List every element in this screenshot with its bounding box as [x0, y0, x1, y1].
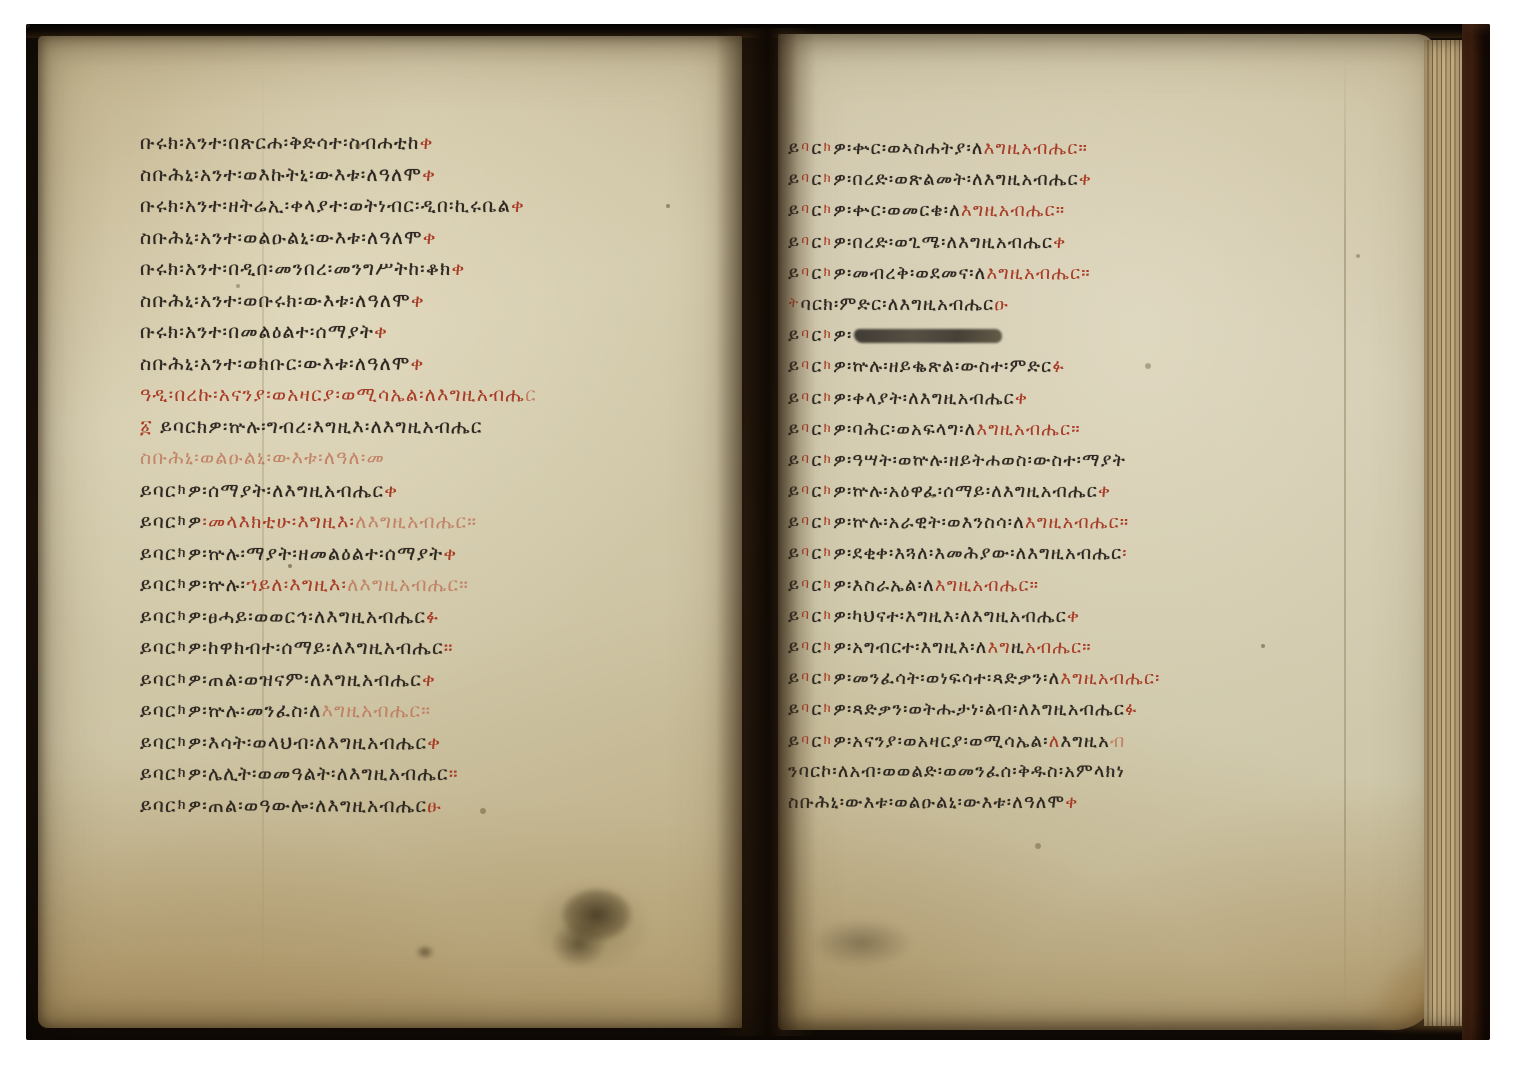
- text-line: ቡሩክ፡አንተ፡በዲበ፡መንበረ፡መንግሥትከ፡ቆክቀ: [140, 254, 752, 286]
- text-run-red: ቀ: [511, 195, 525, 217]
- text-line: ይባርክዎ፡ኵሉ፡ዘይቈጽል፡ውስተ፡ምድርፉ: [788, 350, 1428, 381]
- text-run-black: ዎ፡ጠል፡ወዓውሎ፡ለእግዚአብሔር: [188, 795, 427, 817]
- text-run-black: ይባር: [140, 732, 177, 754]
- text-run-black: ክ: [177, 608, 188, 624]
- text-run-red: እግ: [987, 637, 1011, 658]
- text-run-black: ንባርኮ፡ለአብ፡ወወልድ፡ወመንፈሰ፡ቅዱስ፡አምላክነ: [788, 761, 1125, 782]
- text-run-red: ክ: [822, 544, 833, 560]
- text-run-black: ዎ፡እሳት፡ወላህብ፡ለእግዚአብሔር: [188, 732, 428, 754]
- text-line: ይባርክዎ፡ደቂቀ፡እጓለ፡እመሕያው፡ለእግዚአብሔር፡: [788, 537, 1428, 568]
- text-run-black: ዎ፡ካህናተ፡እግዚእ፡ለእግዚአብሔር: [833, 606, 1067, 627]
- text-run-black: ክ: [177, 576, 188, 592]
- text-line: ስቡሕኒ፡አንተ፡ወልዑልኒ፡ውእቱ፡ለዓለሞቀ: [140, 223, 752, 255]
- text-line: ይባርክዎ፡ጠል፡ወዓውሎ፡ለእግዚአብሔርፁ: [140, 790, 752, 822]
- text-run-red: ኀይለ፡እግዚእ፡: [246, 574, 347, 596]
- text-line: ይባርክዎ፡በረድ፡ወጊሜ፡ለእግዚአብሔርቀ: [788, 226, 1428, 257]
- text-run-red: ዑ: [994, 294, 1009, 315]
- text-line: ይባርክዎ፡ካህናተ፡እግዚእ፡ለእግዚአብሔርቀ: [788, 600, 1428, 631]
- text-run-red: ቀ: [1015, 388, 1028, 409]
- text-run-red: ቀ: [411, 353, 425, 375]
- text-run-red: ቀ: [420, 132, 434, 154]
- text-line: ይባርክዎ፡: [788, 319, 1428, 350]
- text-run-red: ቀ: [1067, 606, 1080, 627]
- text-run-black: ዎ፡ጠል፡ወዝናም፡ለእግዚአብሔር: [188, 669, 422, 691]
- text-line: ቡሩክ፡አንተ፡በጽርሐ፡ቅድሳተ፡ስብሐቲከቀ: [140, 128, 752, 160]
- text-run-red: ክ: [822, 638, 833, 654]
- text-run-red: ቀ: [443, 543, 457, 565]
- text-line: ስቡሕኒ፡ወልዑልኒ፡ውእቱ፡ለዓለ፡መ: [140, 443, 752, 475]
- text-run-black: ዎ፡ቀላያት፡ለእግዚአብሔር: [833, 388, 1015, 409]
- text-run-black: ባርክ፡ምድር፡ለእግዚአብሔር: [800, 294, 994, 315]
- text-run-red: እግዚአብሔር።: [935, 575, 1039, 596]
- manuscript-photo: ይባርክዎ፡ቍር፡ወኣስሐትያ፡ለእግዚአብሔር።ይባርክዎ፡በረድ፡ወጽልመት…: [26, 24, 1490, 1040]
- text-run-red: ስቡሕኒ፡ወልዑልኒ፡ውእቱ፡ለዓለ፡መ: [140, 447, 385, 469]
- text-line: ንባርኮ፡ለአብ፡ወወልድ፡ወመንፈሰ፡ቅዱስ፡አምላክነ: [788, 756, 1428, 787]
- text-run-red: ዓዲ፡በረኩ፡አናንያ፡ወአዛርያ፡ወሚሳኤል፡ለእግዚአብሔ: [140, 384, 525, 406]
- text-run-red: አብሔር።: [1025, 637, 1092, 658]
- text-run-red: ክ: [822, 576, 833, 592]
- text-run-red: ብ: [1110, 731, 1126, 752]
- text-run-red: ፁ: [427, 795, 442, 817]
- text-run-red: እግዚአብሔር።: [976, 419, 1080, 440]
- text-run-black: ክ: [177, 671, 188, 687]
- text-run-black: ዎ፡ኵሉ፡ዘይቈጽል፡ውስተ፡ምድር: [833, 356, 1052, 377]
- text-run-red: ክ: [822, 607, 833, 623]
- text-run-red: እግዚአብሔር።: [322, 700, 432, 722]
- text-run-black: ዎ፡በረድ፡ወጊሜ፡ለእግዚአብሔር: [833, 232, 1053, 253]
- text-line: ቡሩክ፡አንተ፡በመልዕልተ፡ሰማያትቀ: [140, 317, 752, 349]
- text-run-black: ስቡሕኒ፡ውእቱ፡ወልዑልኒ፡ውእቱ፡ለዓለሞ: [788, 792, 1065, 813]
- text-run-black: ዚ: [1011, 637, 1025, 658]
- text-run-red: ክ: [822, 389, 833, 405]
- text-run-red: እግዚአብሔር።: [986, 263, 1090, 284]
- text-run-black: ዎ፡ቍር፡ወመርቄ፡ለ: [833, 200, 961, 221]
- text-line: ይባርክዎ፡ዓሣት፡ወኵሉ፡ዘይትሐወስ፡ውስተ፡ማያት: [788, 444, 1428, 475]
- text-run-black: ዎ፡ቍር፡ወኣስሐትያ፡ለ: [833, 138, 984, 159]
- text-line: ስቡሕኒ፡አንተ፡ወእኩትኒ፡ውእቱ፡ለዓለሞቀ: [140, 160, 752, 192]
- text-line: ይባርክዎ፡ባሕር፡ወአፍላግ፡ለእግዚአብሔር።: [788, 413, 1428, 444]
- text-run-red: ፉ: [1052, 356, 1065, 377]
- text-run-black: ስቡሕኒ፡አንተ፡ወልዑልኒ፡ውእቱ፡ለዓለሞ: [140, 227, 423, 249]
- text-run-red: ክ: [822, 700, 833, 716]
- text-line: ዓዲ፡በረኩ፡አናንያ፡ወአዛርያ፡ወሚሳኤል፡ለእግዚአብሔር: [140, 380, 752, 412]
- text-run-red: ቀ: [423, 227, 437, 249]
- ink-smudge: [854, 329, 1002, 343]
- text-run-black: ይባርክዎ፡ኵሉ፡ግብረ፡እግዚእ፡ለእግዚአብሔር: [160, 416, 482, 438]
- text-line: ፩ ይባርክዎ፡ኵሉ፡ግብረ፡እግዚእ፡ለእግዚአብሔር: [140, 412, 752, 444]
- text-line: ይባርክዎ፡ቍር፡ወመርቄ፡ለእግዚአብሔር።: [788, 194, 1428, 225]
- right-page-text-block: ይባርክዎ፡ቍር፡ወኣስሐትያ፡ለእግዚአብሔር።ይባርክዎ፡በረድ፡ወጽልመት…: [788, 132, 1428, 818]
- text-run-black: ዎ፡ኵሉ፡ማያት፡ዘመልዕልተ፡ሰማያት: [188, 543, 444, 565]
- text-line: ይባርክዎ፡ኵሉ፡አራዊት፡ወእንስሳ፡ለእግዚአብሔር።: [788, 506, 1428, 537]
- text-run-black: ክ: [177, 513, 188, 529]
- text-run-black: ክ: [177, 639, 188, 655]
- text-run-red: እግዚአብሔር።: [1025, 512, 1129, 533]
- text-run-red: ክ: [822, 139, 833, 155]
- text-run-black: ይባር: [140, 480, 177, 502]
- text-run-red: ክ: [822, 201, 833, 217]
- left-page-text-block: ቡሩክ፡አንተ፡በጽርሐ፡ቅድሳተ፡ስብሐቲከቀስቡሕኒ፡አንተ፡ወእኩትኒ፡ው…: [140, 128, 752, 821]
- text-run-red: ክ: [822, 732, 833, 748]
- text-run-red: ቀ: [422, 669, 436, 691]
- text-run-black: ዎ፡ደቂቀ፡እጓለ፡እመሕያው፡ለእግዚአብሔር: [833, 543, 1122, 564]
- text-run-black: ክ: [177, 734, 188, 750]
- binding-gutter: [716, 28, 816, 1036]
- text-run-red: ቀ: [427, 732, 441, 754]
- text-line: ስቡሕኒ፡ውእቱ፡ወልዑልኒ፡ውእቱ፡ለዓለሞቀ: [788, 787, 1428, 818]
- text-line: ይባርክዎ፡መላእክቲሁ፡እግዚእ፡ለእግዚአብሔር።: [140, 506, 752, 538]
- text-run-black: ይባር: [140, 700, 177, 722]
- text-run-red: ።: [444, 637, 454, 659]
- text-line: ይባርክዎ፡አግብርተ፡እግዚእ፡ለእግዚአብሔር።: [788, 631, 1428, 662]
- text-run-red: ቀ: [1053, 232, 1066, 253]
- text-run-red: ቀ: [1098, 481, 1111, 502]
- text-run-red: ቀ: [384, 480, 398, 502]
- text-run-red: ክ: [822, 451, 833, 467]
- text-run-black: ይባር: [140, 543, 177, 565]
- text-run-black: ክ: [177, 482, 188, 498]
- text-line: ይባርክዎ፡ጠል፡ወዝናም፡ለእግዚአብሔርቀ: [140, 664, 752, 696]
- text-run-black: ዎ፡አናንያ፡ወአዛርያ፡ወሚሳኤል፡: [833, 731, 1049, 752]
- text-line: ይባርክዎ፡እሳት፡ወላህብ፡ለእግዚአብሔርቀ: [140, 727, 752, 759]
- text-line: ይባርክዎ፡ቀላያት፡ለእግዚአብሔርቀ: [788, 382, 1428, 413]
- text-run-red: እግዚአብሔር።: [984, 138, 1088, 159]
- text-line: ይባርክዎ፡መብረቅ፡ወደመና፡ለእግዚአብሔር።: [788, 257, 1428, 288]
- text-run-black: ቡሩክ፡አንተ፡በመልዕልተ፡ሰማያት: [140, 321, 374, 343]
- text-run-black: ዎ፡: [833, 325, 852, 346]
- text-run-black: ዎ፡ኵሉ፡አራዊት፡ወእንስሳ፡ለ: [833, 512, 1025, 533]
- text-run-black: ይባር: [140, 606, 177, 628]
- text-run-red: እግዚአብሔር።: [961, 200, 1065, 221]
- text-run-black: ይባር: [140, 795, 177, 817]
- text-run-black: ዎ: [188, 511, 203, 533]
- text-run-red: ።: [449, 763, 459, 785]
- text-run-red: ለእግዚአብሔር።: [347, 574, 469, 596]
- text-line: ይባርክዎ፡በረድ፡ወጽልመት፡ለእግዚአብሔርቀ: [788, 163, 1428, 194]
- text-line: ይባርክዎ፡ጻድቃን፡ወትሑታነ፡ልብ፡ለእግዚአብሔርፉ: [788, 693, 1428, 724]
- text-run-red: ፡: [1122, 543, 1127, 564]
- text-run-black: ስቡሕኒ፡አንተ፡ወቡሩክ፡ውእቱ፡ለዓለሞ: [140, 290, 411, 312]
- text-run-red: ቀ: [411, 290, 425, 312]
- text-run-red: ፉ: [426, 606, 439, 628]
- text-run-black: ዎ፡ሌሊት፡ወመዓልት፡ለእግዚአብሔር: [188, 763, 449, 785]
- text-line: ይባርክዎ፡ከዋክብተ፡ሰማይ፡ለእግዚአብሔር።: [140, 632, 752, 664]
- text-line: ይባርክዎ፡ኵሉ፡አዕዋፈ፡ሰማይ፡ለእግዚአብሔርቀ: [788, 475, 1428, 506]
- text-run-red: ለእግዚአብሔር።: [355, 511, 477, 533]
- text-run-red: ክ: [822, 420, 833, 436]
- text-run-black: ስቡሕኒ፡አንተ፡ወክቡር፡ውእቱ፡ለዓለሞ: [140, 353, 411, 375]
- text-run-black: ክ: [177, 702, 188, 718]
- text-run-red: ክ: [822, 669, 833, 685]
- text-line: ይባርክዎ፡አናንያ፡ወአዛርያ፡ወሚሳኤል፡ለእግዚአብ: [788, 725, 1428, 756]
- text-run-black: ቡሩክ፡አንተ፡በጽርሐ፡ቅድሳተ፡ስብሐቲከ: [140, 132, 420, 154]
- text-run-black: ዎ፡ዓሣት፡ወኵሉ፡ዘይትሐወስ፡ውስተ፡ማያት: [833, 450, 1126, 471]
- text-run-red: ክ: [822, 513, 833, 529]
- text-line: ይባርክዎ፡ቍር፡ወኣስሐትያ፡ለእግዚአብሔር።: [788, 132, 1428, 163]
- text-run-black: ዎ፡መንፈሳት፡ወነፍሳተ፡ጻድቃን፡ለ: [833, 668, 1060, 689]
- text-run-red: እግዚአብሔር፡: [1060, 668, 1160, 689]
- book-cover-edge: [1462, 24, 1490, 1040]
- text-run-red: ፡መላእክቲሁ፡እግዚእ፡: [202, 511, 355, 533]
- text-run-black: ዎ፡ጻድቃን፡ወትሑታነ፡ልብ፡ለእግዚአብሔር: [833, 699, 1125, 720]
- text-run-black: ቡሩክ፡አንተ፡ዘትሬኢ፡ቀላያተ፡ወትነብር፡ዲበ፡ኪሩቤል: [140, 195, 511, 217]
- text-line: ይባርክዎ፡ሌሊት፡ወመዓልት፡ለእግዚአብሔር።: [140, 758, 752, 790]
- text-run-black: ዎ፡በረድ፡ወጽልመት፡ለእግዚአብሔር: [833, 169, 1079, 190]
- text-run-red: ክ: [822, 233, 833, 249]
- text-run-black: ይባር: [140, 574, 177, 596]
- text-run-black: ዎ፡እስራኤል፡ለ: [833, 575, 935, 596]
- text-run-black: እግዚአ: [1060, 731, 1109, 752]
- text-run-red: ቀ: [452, 258, 466, 280]
- text-run-black: ይባር: [140, 669, 177, 691]
- text-run-black: ክ: [177, 545, 188, 561]
- text-line: ይባርክዎ፡መንፈሳት፡ወነፍሳተ፡ጻድቃን፡ለእግዚአብሔር፡: [788, 662, 1428, 693]
- text-run-black: ክ: [177, 765, 188, 781]
- text-run-red: ፉ: [1125, 699, 1138, 720]
- text-run-black: ዎ፡መብረቅ፡ወደመና፡ለ: [833, 263, 986, 284]
- text-run-red: ቀ: [374, 321, 388, 343]
- text-line: ይባርክዎ፡ኵሉ፡ኀይለ፡እግዚእ፡ለእግዚአብሔር።: [140, 569, 752, 601]
- text-run-black: ዎ፡ኵሉ፡አዕዋፈ፡ሰማይ፡ለእግዚአብሔር: [833, 481, 1098, 502]
- text-run-red: ክ: [822, 357, 833, 373]
- text-run-black: ዎ፡ከዋክብተ፡ሰማይ፡ለእግዚአብሔር: [188, 637, 444, 659]
- text-line: ይባርክዎ፡እስራኤል፡ለእግዚአብሔር።: [788, 569, 1428, 600]
- text-line: ይባርክዎ፡ፀሓይ፡ወወርኅ፡ለእግዚአብሔርፉ: [140, 601, 752, 633]
- text-run-black: ክ: [177, 797, 188, 813]
- text-run-red: ክ: [822, 482, 833, 498]
- text-line: ስቡሕኒ፡አንተ፡ወቡሩክ፡ውእቱ፡ለዓለሞቀ: [140, 286, 752, 318]
- text-run-black: ዎ፡ኵሉ፡: [188, 574, 247, 596]
- text-run-black: ቡሩክ፡አንተ፡በዲበ፡መንበረ፡መንግሥትከ፡ቆክ: [140, 258, 452, 280]
- text-line: ትባርክ፡ምድር፡ለእግዚአብሔርዑ: [788, 288, 1428, 319]
- text-line: ቡሩክ፡አንተ፡ዘትሬኢ፡ቀላያተ፡ወትነብር፡ዲበ፡ኪሩቤልቀ: [140, 191, 752, 223]
- text-run-black: ዎ፡ፀሓይ፡ወወርኅ፡ለእግዚአብሔር: [188, 606, 426, 628]
- text-run-red: ክ: [822, 326, 833, 342]
- text-line: ይባርክዎ፡ኵሉ፡ማያት፡ዘመልዕልተ፡ሰማያትቀ: [140, 538, 752, 570]
- text-line: ይባርክዎ፡ሰማያት፡ለእግዚአብሔርቀ: [140, 475, 752, 507]
- text-line: ይባርክዎ፡ኵሉ፡መንፈስ፡ለእግዚአብሔር።: [140, 695, 752, 727]
- text-run-black: ይባር: [140, 511, 177, 533]
- text-run-black: ይባር: [140, 637, 177, 659]
- text-run-red: ለ: [1049, 731, 1061, 752]
- text-run-black: ዎ፡ኵሉ፡መንፈስ፡ለ: [188, 700, 322, 722]
- text-run-red: ቀ: [1079, 169, 1092, 190]
- text-run-black: ዎ፡ሰማያት፡ለእግዚአብሔር: [188, 480, 385, 502]
- text-run-red: ፩: [140, 416, 160, 438]
- text-run-red: ር: [525, 384, 537, 406]
- text-run-red: ቀ: [1065, 792, 1078, 813]
- text-run-black: ዎ፡ባሕር፡ወአፍላግ፡ለ: [833, 419, 976, 440]
- text-run-red: ክ: [822, 170, 833, 186]
- text-run-black: ይባር: [140, 763, 177, 785]
- text-run-red: ክ: [822, 264, 833, 280]
- text-run-red: ቀ: [422, 164, 436, 186]
- text-line: ስቡሕኒ፡አንተ፡ወክቡር፡ውእቱ፡ለዓለሞቀ: [140, 349, 752, 381]
- text-run-black: ዎ፡አግብርተ፡እግዚእ፡ለ: [833, 637, 987, 658]
- text-run-black: ስቡሕኒ፡አንተ፡ወእኩትኒ፡ውእቱ፡ለዓለሞ: [140, 164, 422, 186]
